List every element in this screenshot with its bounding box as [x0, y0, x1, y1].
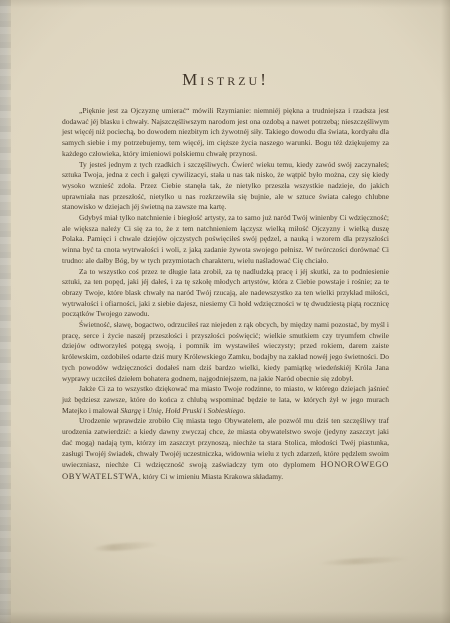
- scanned-document-page: Mistrzu! „Pięknie jest za Ojczyznę umier…: [0, 0, 450, 623]
- text-segment: Świetność, sławę, bogactwo, odrzuciłeś r…: [62, 320, 389, 383]
- page-top-edge: [0, 0, 450, 8]
- text-segment: .: [243, 406, 245, 415]
- pencil-smudge: [92, 541, 160, 553]
- pencil-smudge: [318, 556, 410, 567]
- painting-title: Hołd Pruski: [165, 406, 201, 415]
- text-segment: Gdybyś miał tylko natchnienie i biegłość…: [62, 213, 389, 265]
- paragraph: Świetność, sławę, bogactwo, odrzuciłeś r…: [62, 320, 389, 384]
- document-body: „Pięknie jest za Ojczyznę umierać“ mówil…: [62, 106, 389, 483]
- paragraph: Gdybyś miał tylko natchnienie i biegłość…: [62, 213, 389, 267]
- text-segment: Za to wszystko coś przez te długie lata …: [62, 267, 389, 319]
- page-left-edge: [0, 0, 11, 623]
- document-title: Mistrzu!: [62, 70, 389, 90]
- paragraph: Urodzenie wprawdzie zrobiło Cię miasta t…: [62, 416, 389, 482]
- paragraph: Ty jesteś jednym z tych rzadkich i szczę…: [62, 160, 389, 214]
- page-right-edge: [441, 0, 450, 623]
- painting-title: Unię: [147, 406, 162, 415]
- text-segment: Ty jesteś jednym z tych rzadkich i szczę…: [62, 160, 389, 212]
- painting-title: Sobieskiego: [208, 406, 244, 415]
- painting-title: Skargę: [121, 406, 142, 415]
- text-segment: „Pięknie jest za Ojczyznę umierać“ mówil…: [62, 106, 389, 158]
- paragraph: „Pięknie jest za Ojczyznę umierać“ mówil…: [62, 106, 389, 160]
- text-segment: , który Ci w imieniu Miasta Krakowa skła…: [139, 472, 283, 481]
- paragraph: Jakże Ci za to wszystko dziękować ma mia…: [62, 384, 389, 416]
- page-bottom-edge: [0, 611, 450, 623]
- paragraph: Za to wszystko coś przez te długie lata …: [62, 267, 389, 321]
